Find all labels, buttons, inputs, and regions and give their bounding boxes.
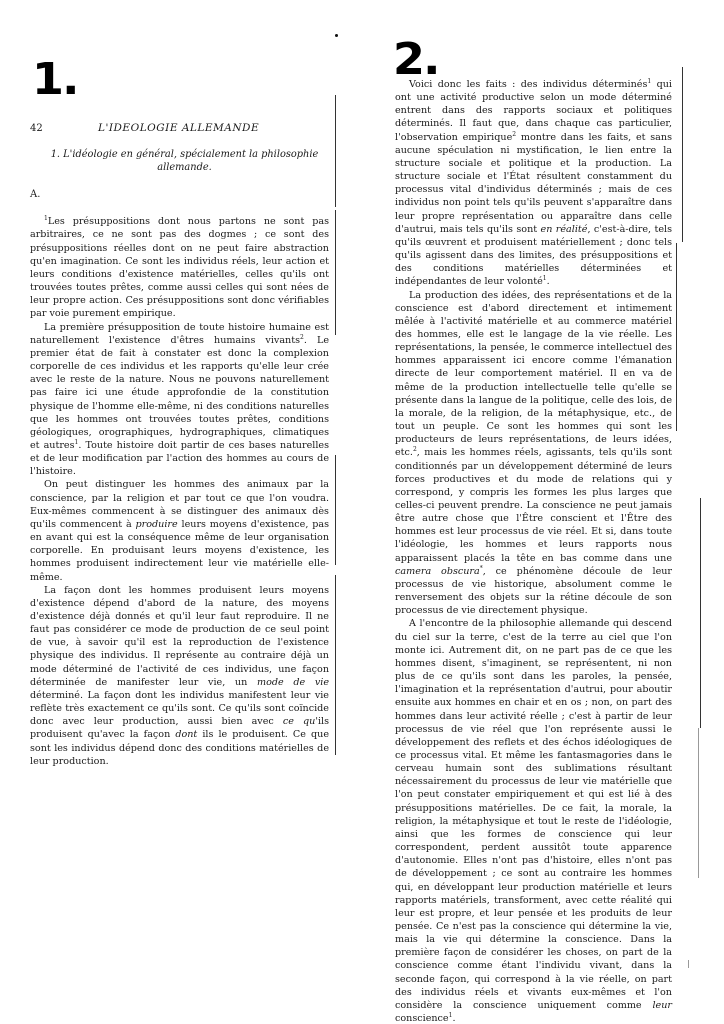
emphasis: produire (136, 519, 178, 530)
scan-margin-rule (700, 498, 701, 728)
emphasis: dont (175, 729, 197, 740)
paragraph: La première présupposition de toute hist… (30, 321, 329, 479)
paragraph: A l'encontre de la philosophie allemande… (395, 617, 672, 1024)
section-letter: A. (30, 188, 329, 201)
scan-speck (335, 34, 338, 37)
paragraph: La production des idées, des représentat… (395, 289, 672, 618)
scan-margin-rule (335, 455, 336, 565)
page-marker-2: 2. (393, 38, 439, 82)
paragraph: On peut distinguer les hommes des animau… (30, 478, 329, 583)
paragraph: La façon dont les hommes produisent leur… (30, 584, 329, 768)
running-header: 42 L'IDEOLOGIE ALLEMANDE (30, 122, 329, 135)
emphasis: ce qu (283, 716, 315, 727)
left-page: 42 L'IDEOLOGIE ALLEMANDE 1. L'idéologie … (30, 122, 329, 768)
emphasis: camera obscura (395, 566, 480, 577)
scan-margin-rule (698, 728, 699, 878)
paragraph: Voici donc les faits : des individus dét… (395, 78, 672, 289)
page-marker-1: 1. (32, 58, 78, 102)
scan-margin-rule (676, 243, 677, 431)
page-number: 42 (30, 122, 70, 135)
scan-margin-rule (688, 960, 689, 968)
scan-margin-rule (335, 210, 336, 335)
section-title: 1. L'idéologie en général, spécialement … (40, 148, 329, 174)
paragraph: 1Les présuppositions dont nous partons n… (30, 215, 329, 320)
right-page: Voici donc les faits : des individus dét… (395, 78, 672, 1024)
emphasis: mode de vie (257, 677, 329, 688)
scan-margin-rule (335, 95, 336, 207)
scan-margin-rule (335, 575, 336, 755)
emphasis: en réalité (541, 224, 588, 235)
scan-margin-rule (682, 67, 683, 242)
emphasis: leur (652, 1000, 672, 1011)
running-title: L'IDEOLOGIE ALLEMANDE (70, 122, 329, 135)
